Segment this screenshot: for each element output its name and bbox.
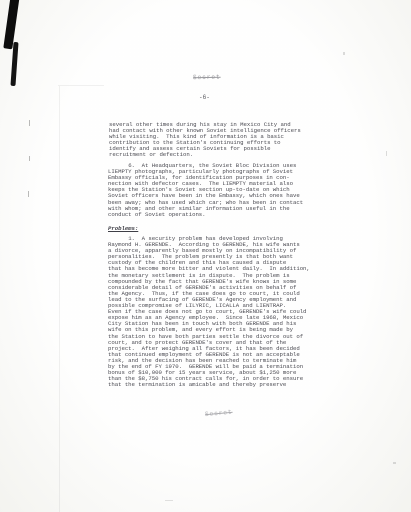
scan-speck xyxy=(393,462,396,464)
paper-edge xyxy=(59,86,60,512)
scan-speck xyxy=(165,500,173,501)
problems-heading: Problems: xyxy=(108,226,228,232)
paragraph-continuation: several other times during his stay in M… xyxy=(109,122,327,159)
page-number: -6- xyxy=(199,94,210,101)
scan-speck xyxy=(343,52,345,55)
scan-speck xyxy=(28,191,29,197)
paper-edge xyxy=(58,85,104,86)
scan-speck xyxy=(29,156,30,161)
scan-speck xyxy=(386,151,387,156)
scan-speck xyxy=(29,120,30,126)
classification-stamp-top: Secret xyxy=(193,74,221,81)
paragraph-item-1: 1. A security problem has developed invo… xyxy=(108,236,334,388)
paragraph-item-6: 6. At Headquarters, the Soviet Bloc Divi… xyxy=(108,163,330,218)
